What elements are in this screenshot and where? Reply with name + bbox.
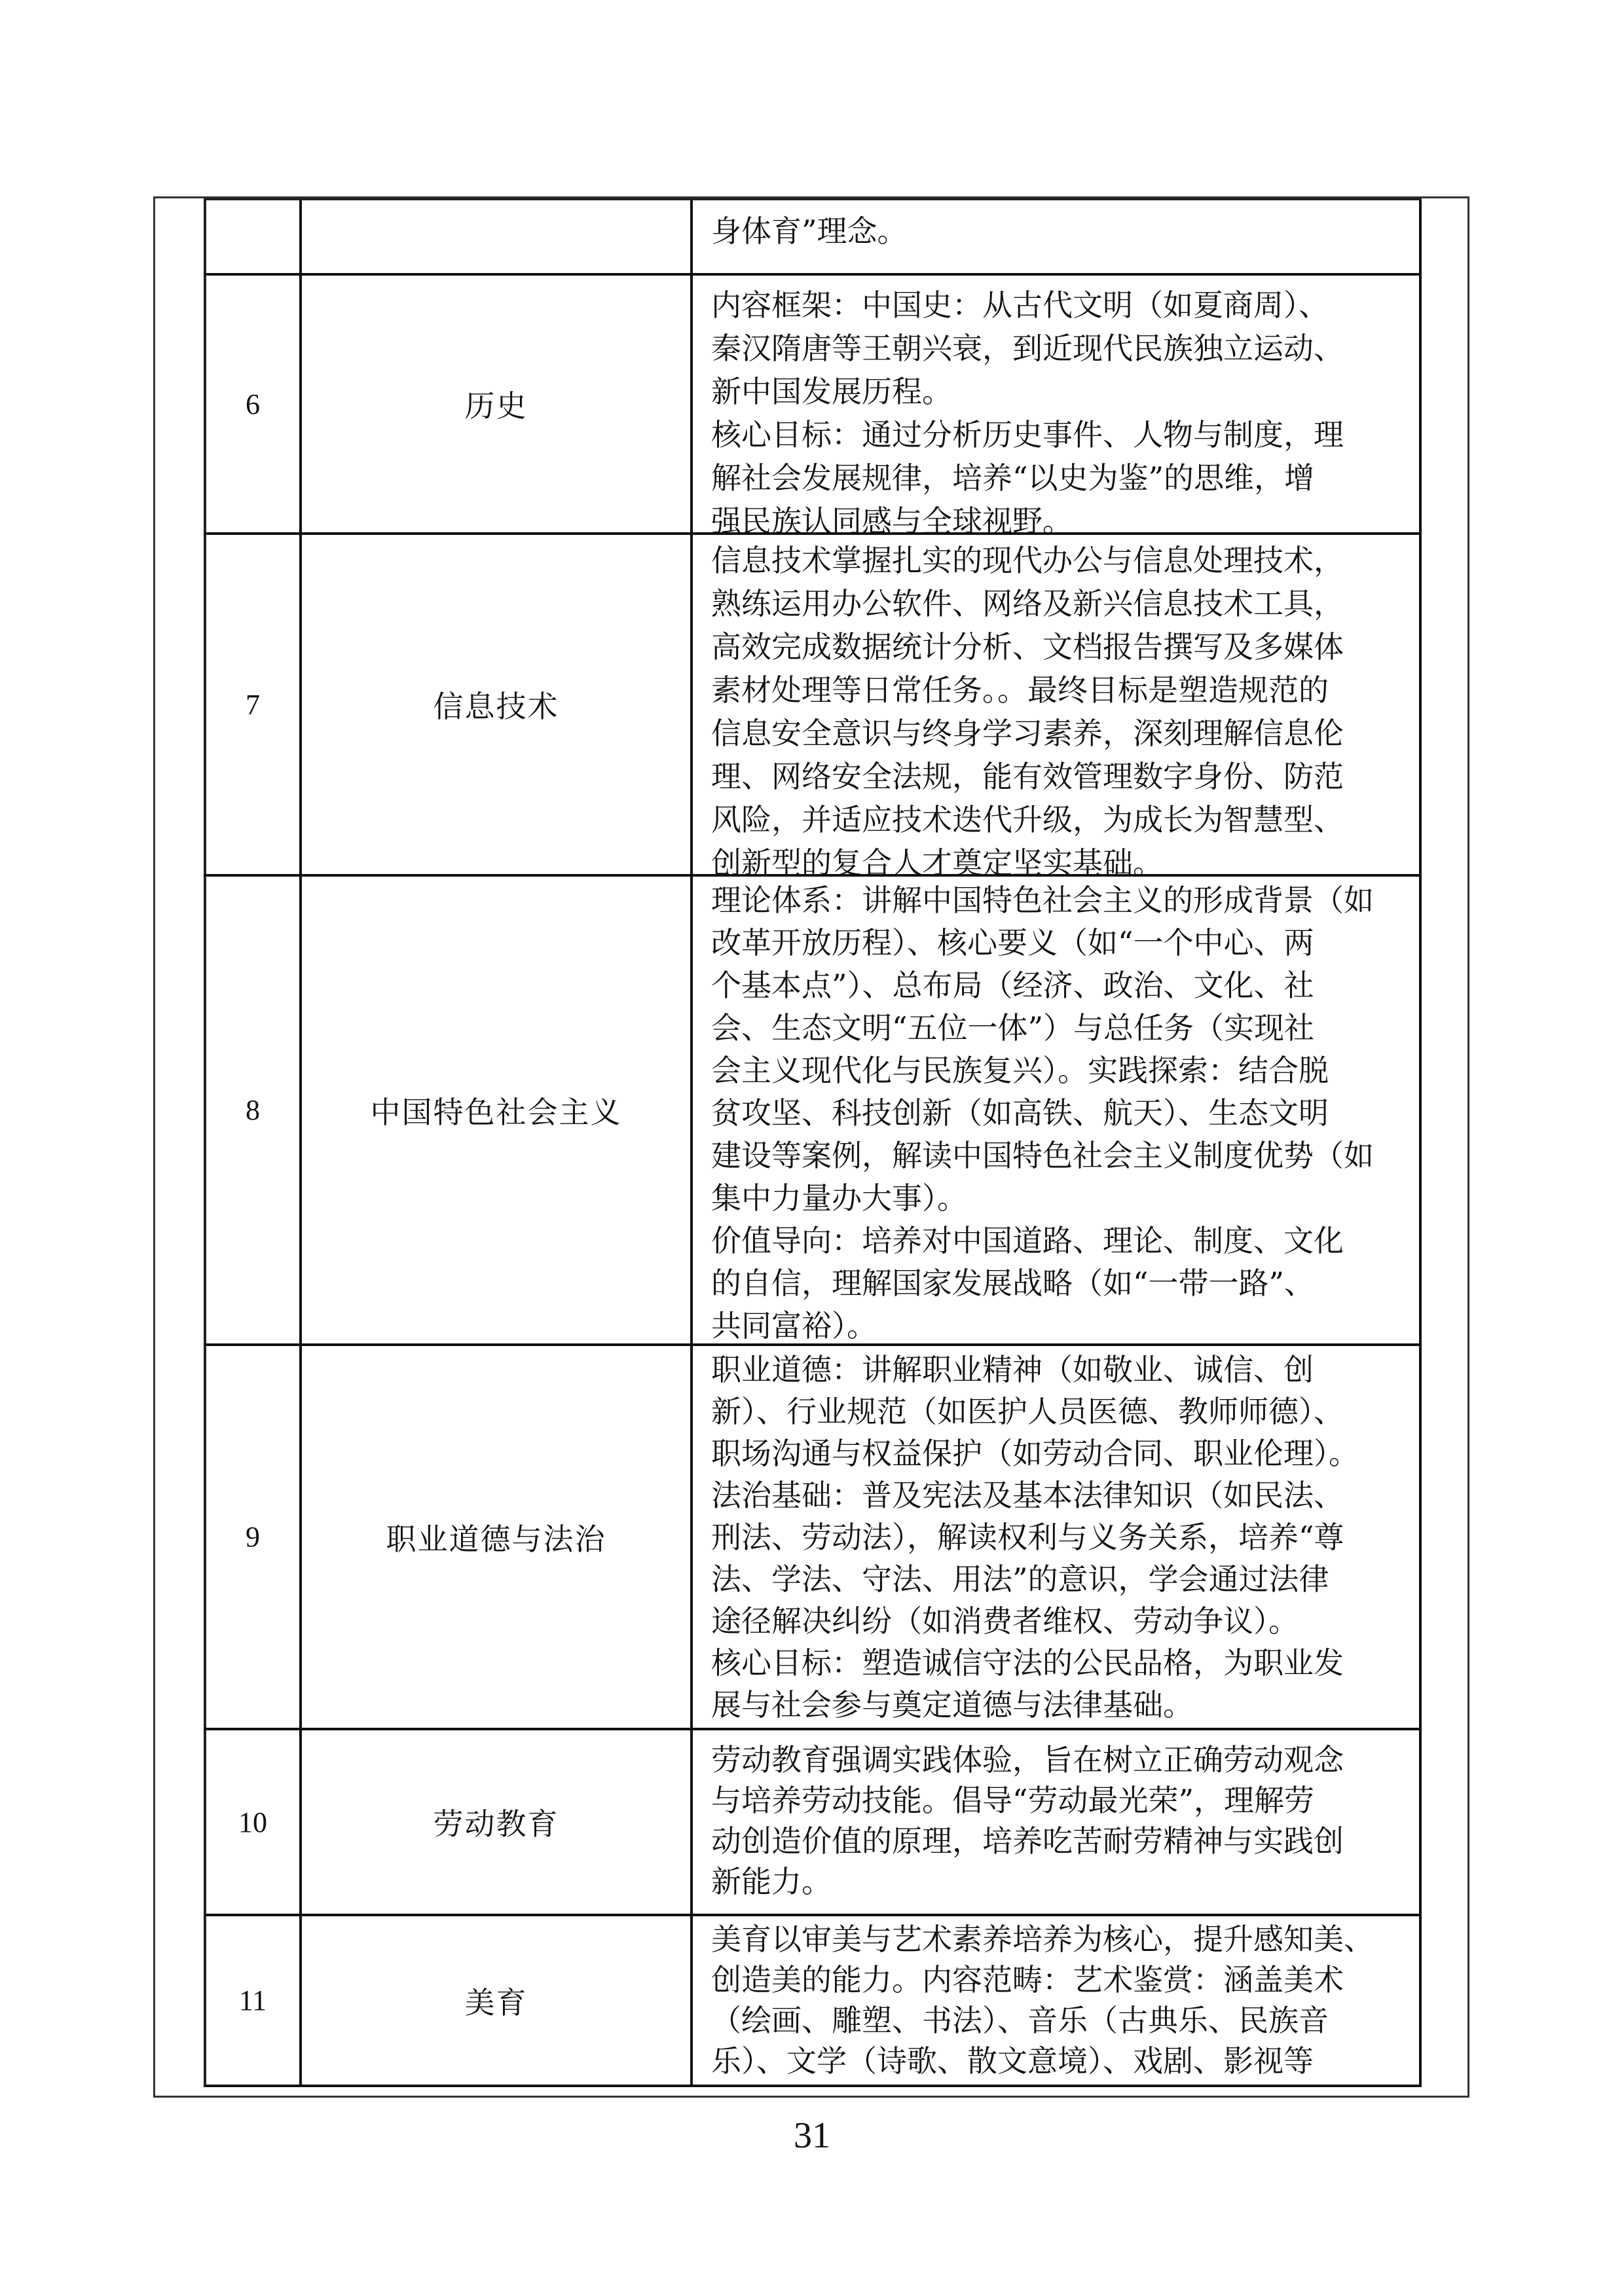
course-name: 劳动教育 [302, 1730, 693, 1914]
row-number [204, 200, 302, 273]
course-description: 理论体系：讲解中国特色社会主义的形成背景（如 改革开放历程）、核心要义（如“一个… [693, 877, 1422, 1343]
table-row: 6 历史 内容框架：中国史：从古代文明（如夏商周）、 秦汉隋唐等王朝兴衰，到近现… [204, 276, 1422, 535]
table-row: 8 中国特色社会主义 理论体系：讲解中国特色社会主义的形成背景（如 改革开放历程… [204, 877, 1422, 1346]
course-name: 职业道德与法治 [302, 1346, 693, 1728]
row-number: 8 [204, 877, 302, 1343]
course-description: 内容框架：中国史：从古代文明（如夏商周）、 秦汉隋唐等王朝兴衰，到近现代民族独立… [693, 276, 1422, 532]
page-number: 31 [0, 2115, 1624, 2157]
row-number: 11 [204, 1916, 302, 2085]
course-name: 美育 [302, 1916, 693, 2085]
course-description: 信息技术掌握扎实的现代办公与信息处理技术， 熟练运用办公软件、网络及新兴信息技术… [693, 535, 1422, 874]
table-row: 身体育”理念。 [204, 198, 1422, 276]
row-number: 10 [204, 1730, 302, 1914]
course-description: 劳动教育强调实践体验，旨在树立正确劳动观念 与培养劳动技能。倡导“劳动最光荣”，… [693, 1730, 1422, 1914]
table-row: 7 信息技术 信息技术掌握扎实的现代办公与信息处理技术， 熟练运用办公软件、网络… [204, 535, 1422, 877]
course-description: 美育以审美与艺术素养培养为核心，提升感知美、 创造美的能力。内容范畴：艺术鉴赏：… [693, 1916, 1422, 2085]
table-row: 10 劳动教育 劳动教育强调实践体验，旨在树立正确劳动观念 与培养劳动技能。倡导… [204, 1730, 1422, 1916]
course-name: 信息技术 [302, 535, 693, 874]
row-number: 7 [204, 535, 302, 874]
row-number: 9 [204, 1346, 302, 1728]
course-name [302, 200, 693, 273]
course-description: 身体育”理念。 [693, 200, 1422, 273]
course-name: 历史 [302, 276, 693, 532]
row-number: 6 [204, 276, 302, 532]
course-description: 职业道德：讲解职业精神（如敬业、诚信、创 新）、行业规范（如医护人员医德、教师师… [693, 1346, 1422, 1728]
course-name: 中国特色社会主义 [302, 877, 693, 1343]
table-row: 11 美育 美育以审美与艺术素养培养为核心，提升感知美、 创造美的能力。内容范畴… [204, 1916, 1422, 2087]
table-row: 9 职业道德与法治 职业道德：讲解职业精神（如敬业、诚信、创 新）、行业规范（如… [204, 1346, 1422, 1730]
